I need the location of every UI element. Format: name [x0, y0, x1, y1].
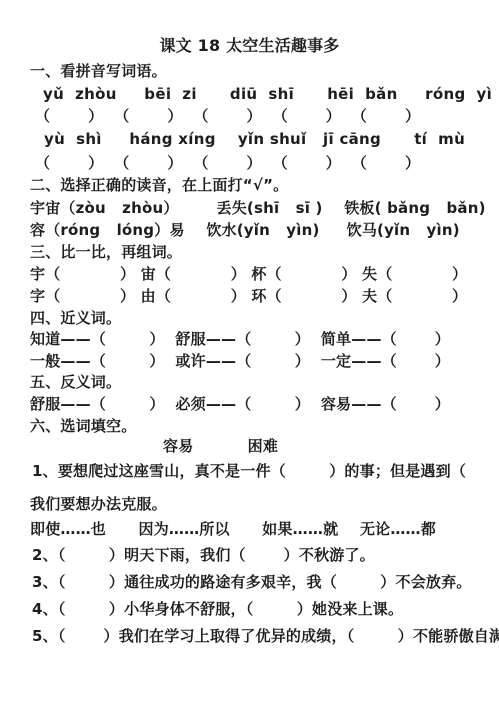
section2-line-1: 宇宙（zòu zhòu） 丢失(shī sī ) 铁板( bǎng bǎn) [30, 200, 486, 217]
worksheet-title: 课文 18 太空生活趣事多 [0, 37, 499, 54]
section6-item-4: 4、（ ）小华身体不舒服，（ ）她没来上课。 [32, 601, 403, 618]
section6-item-5: 5、（ ）我们在学习上取得了优异的成绩，（ ）不能骄傲自满。 [32, 628, 499, 645]
section1-answer-blanks-1: （ ） （ ） （ ） （ ） （ ） [35, 108, 420, 125]
worksheet-page: 课文 18 太空生活趣事多 一、看拼音写词语。 yǔ zhòu bēi zi d… [0, 0, 499, 707]
section3-row-2: 字（ ） 由（ ） 环（ ） 夫（ ） [30, 288, 467, 305]
section5-row-1: 舒服——（ ） 必须——（ ） 容易——（ ） [30, 396, 450, 413]
section6-item-1-line-2: 我们要想办法克服。 [30, 496, 167, 513]
section6-item-3: 3、（ ）通往成功的路途有多艰辛，我（ ）不会放弃。 [32, 574, 472, 591]
section6-word-bank: 容易 困难 [163, 438, 278, 455]
section6-conjunction-options: 即使……也 因为……所以 如果……就 无论……都 [30, 521, 436, 538]
section6-item-1-line-1: 1、要想爬过这座雪山，真不是一件（ ）的事；但是遇到（ ）， [32, 463, 499, 480]
section1-pinyin-row-2: yù shì háng xíng yǐn shuǐ jī cāng tí mù [44, 131, 465, 148]
section3-row-1: 宇（ ） 宙（ ） 杯（ ） 失（ ） [30, 266, 467, 283]
section2-line-2: 容（róng lóng）易 饮水(yǐn yìn) 饮马(yǐn yìn) [30, 222, 460, 239]
section1-answer-blanks-2: （ ） （ ） （ ） （ ） （ ） [35, 155, 420, 172]
section3-heading: 三、比一比，再组词。 [30, 244, 182, 261]
section2-heading: 二、选择正确的读音，在上面打“√”。 [30, 177, 288, 194]
section1-heading: 一、看拼音写词语。 [30, 63, 167, 80]
section4-heading: 四、近义词。 [30, 310, 121, 327]
section6-heading: 六、选词填空。 [30, 418, 136, 435]
section4-row-1: 知道——（ ） 舒服——（ ） 简单——（ ） [30, 331, 450, 348]
section6-item-2: 2、（ ）明天下雨，我们（ ）不秋游了。 [32, 547, 375, 564]
section1-pinyin-row-1: yǔ zhòu bēi zi diū shī hēi bǎn róng yì [43, 86, 492, 103]
section5-heading: 五、反义词。 [30, 374, 121, 391]
section4-row-2: 一般——（ ） 或许——（ ） 一定——（ ） [30, 353, 450, 370]
